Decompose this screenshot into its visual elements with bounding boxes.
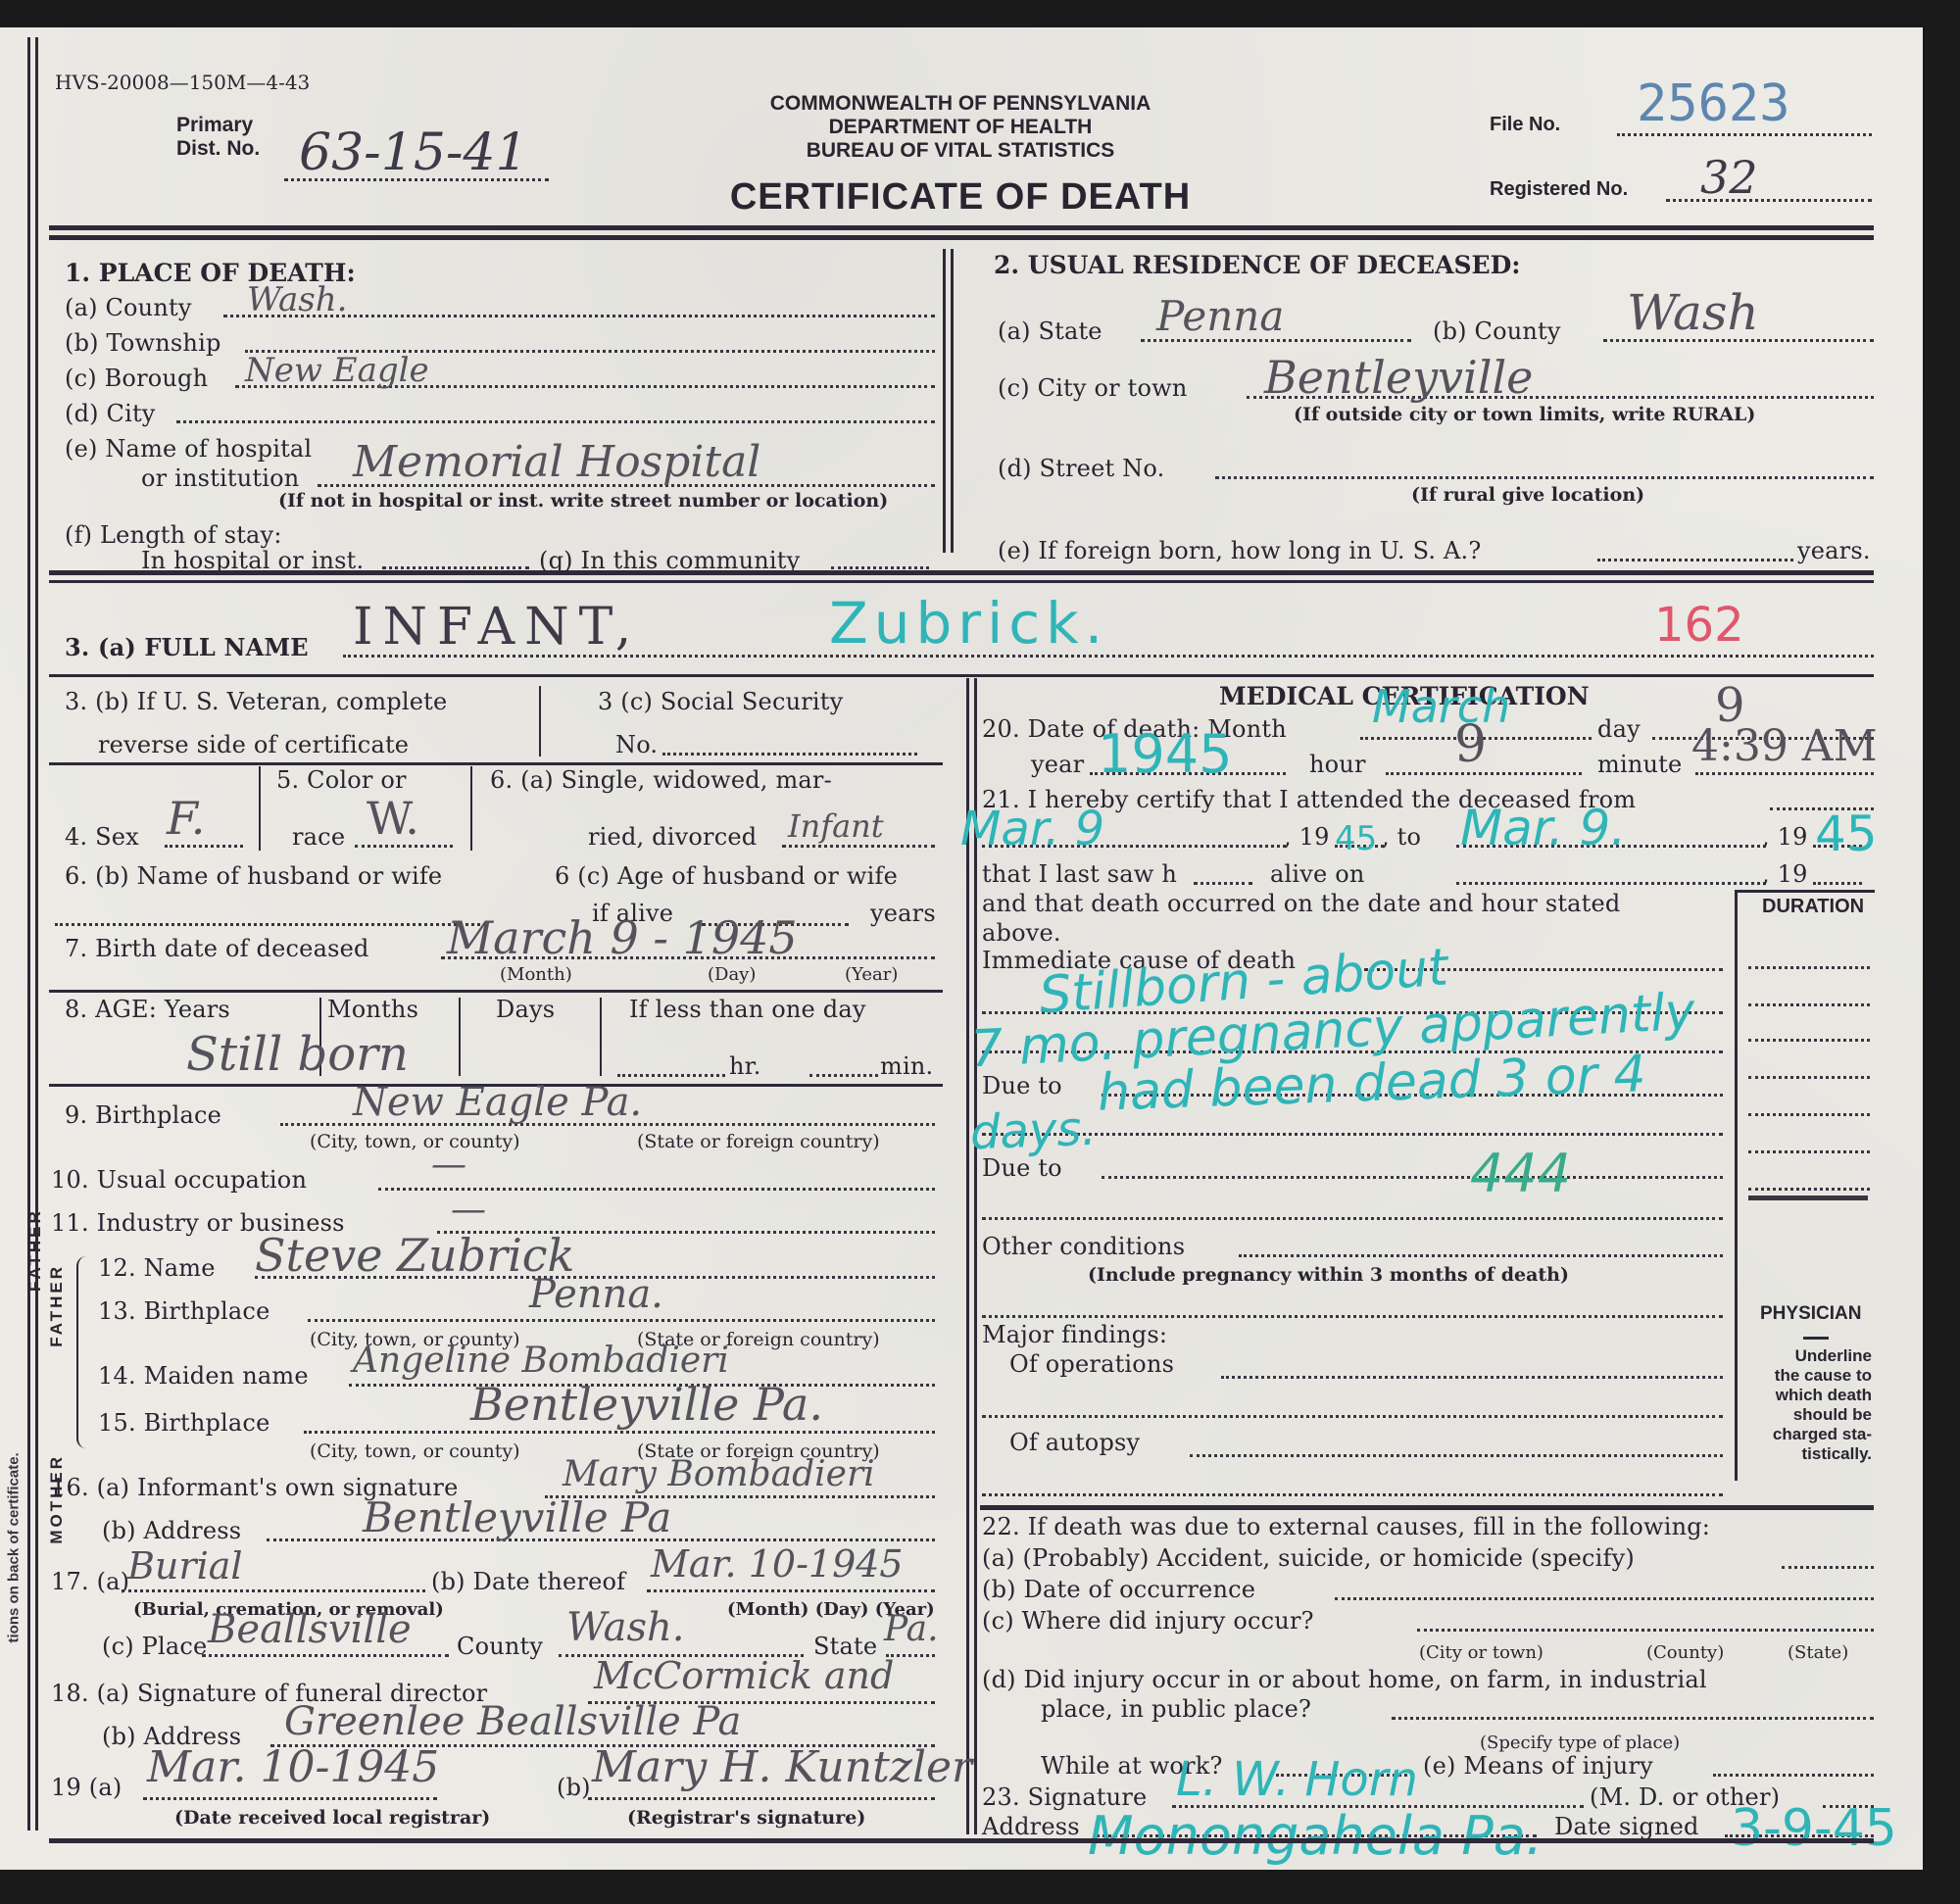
ssn-field[interactable]	[662, 753, 917, 756]
marital-value: Infant	[788, 807, 884, 845]
physician-signature-value: L. W. Horn	[1176, 1752, 1418, 1807]
margin-rule	[27, 37, 30, 1831]
mother-birthplace-field[interactable]	[304, 1431, 935, 1434]
borough-value: New Eagle	[245, 351, 429, 390]
mother-birthplace-value: Bentleyville Pa.	[470, 1378, 823, 1431]
operations-field[interactable]	[1221, 1376, 1723, 1379]
occupation-value: —	[431, 1145, 466, 1185]
death-minute-field[interactable]	[1695, 772, 1874, 775]
hospital-value: Memorial Hospital	[353, 437, 760, 487]
registrar-signature-field[interactable]	[588, 1797, 935, 1800]
means-of-injury-field[interactable]	[1713, 1774, 1874, 1777]
burial-method-field[interactable]	[122, 1589, 425, 1592]
primary-dist-value: 63-15-41	[299, 123, 528, 182]
burial-date-field[interactable]	[647, 1589, 935, 1592]
duration-heading: DURATION	[1762, 896, 1864, 918]
father-birthplace-field[interactable]	[308, 1319, 935, 1322]
age-hr-field[interactable]	[617, 1074, 725, 1077]
burial-date-value: Mar. 10-1945	[651, 1542, 904, 1586]
page-title: CERTIFICATE OF DEATH	[647, 176, 1274, 219]
death-month-value: March	[1372, 680, 1510, 733]
duration-field[interactable]	[1748, 1076, 1870, 1079]
file-no-label: File No.	[1490, 114, 1560, 136]
death-year-value: 1945	[1098, 723, 1232, 785]
injury-location-field[interactable]	[1417, 1629, 1874, 1632]
attend-to-value: Mar. 9.	[1460, 800, 1626, 856]
sex-field[interactable]	[165, 845, 243, 848]
mother-side-label: FATHER	[25, 1208, 45, 1292]
external-manner-field[interactable]	[1782, 1566, 1874, 1569]
death-certificate: tions on back of certificate. HVS-20008—…	[0, 27, 1923, 1870]
due-to-2-field[interactable]	[1102, 1176, 1723, 1179]
last-saw-pronoun-field[interactable]	[1194, 882, 1252, 885]
race-value: W.	[367, 792, 419, 845]
funeral-address-value: Greenlee Beallsville Pa	[284, 1699, 741, 1744]
last-saw-date-field[interactable]	[1456, 882, 1766, 885]
other-conditions-field[interactable]	[1239, 1254, 1723, 1257]
residence-city-value: Bentleyville	[1264, 351, 1533, 404]
date-signed-value: 3-9-45	[1731, 1799, 1897, 1858]
registrar-signature-value: Mary H. Kuntzler	[592, 1742, 972, 1792]
physician-note: Underline the cause to which death shoul…	[1748, 1346, 1872, 1464]
registered-no-value: 32	[1700, 151, 1758, 204]
duration-field[interactable]	[1748, 966, 1870, 969]
section-heading: 2. USUAL RESIDENCE OF DECEASED:	[994, 251, 1521, 279]
foreign-years-field[interactable]	[1597, 559, 1793, 561]
cause-line-field[interactable]	[982, 1217, 1723, 1220]
duration-field[interactable]	[1748, 1003, 1870, 1006]
burial-county-value: Wash.	[566, 1605, 685, 1650]
file-no-value: 25623	[1637, 74, 1790, 133]
county-value: Wash.	[247, 280, 347, 319]
physician-heading: PHYSICIAN	[1760, 1303, 1861, 1325]
birth-date-value: March 9 - 1945	[447, 911, 798, 964]
industry-value: —	[451, 1190, 486, 1230]
operations-line-field[interactable]	[982, 1415, 1723, 1418]
duration-field[interactable]	[1748, 1150, 1870, 1153]
state-value: Penna	[1156, 292, 1284, 340]
sex-value: F.	[167, 792, 205, 845]
father-name-value: Steve Zubrick	[255, 1229, 574, 1282]
physician-address-value: Monongahela Pa.	[1088, 1805, 1543, 1867]
mother-maiden-value: Angeline Bombadieri	[353, 1341, 729, 1381]
form-number: HVS-20008—150M—4-43	[55, 71, 310, 94]
registered-no-label: Registered No.	[1490, 178, 1628, 201]
burial-state-value: Pa.	[884, 1609, 939, 1649]
full-name-last: Zubrick.	[829, 590, 1108, 657]
birthplace-value: New Eagle Pa.	[353, 1080, 642, 1125]
race-field[interactable]	[355, 845, 453, 848]
full-name-first: INFANT,	[353, 598, 641, 657]
city-field[interactable]	[176, 420, 935, 423]
father-birthplace-value: Penna.	[529, 1272, 663, 1317]
primary-dist-label: Primary Dist. No.	[176, 114, 260, 161]
autopsy-line-field[interactable]	[982, 1493, 1723, 1496]
funeral-director-value: McCormick and	[594, 1654, 894, 1697]
residence-county-value: Wash	[1627, 284, 1759, 341]
registrar-date-field[interactable]	[143, 1797, 437, 1800]
cause-code: 444	[1470, 1143, 1571, 1204]
registrar-date-value: Mar. 10-1945	[147, 1742, 439, 1792]
injury-place-type-field[interactable]	[1392, 1717, 1874, 1720]
attend-year-from-value: 45	[1335, 819, 1377, 858]
informant-signature-value: Mary Bombadieri	[563, 1454, 875, 1494]
attend-year-to-value: 45	[1815, 806, 1878, 862]
agency-block: COMMONWEALTH OF PENNSYLVANIA DEPARTMENT …	[686, 92, 1235, 163]
death-hour-value: 9	[1454, 715, 1487, 774]
autopsy-field[interactable]	[1190, 1454, 1723, 1457]
father-label: FATHER	[47, 1264, 67, 1347]
margin-rule	[35, 37, 38, 1831]
marital-field[interactable]	[782, 845, 935, 848]
duration-field[interactable]	[1748, 1039, 1870, 1042]
age-min-field[interactable]	[809, 1074, 878, 1077]
informant-address-value: Bentleyville Pa	[363, 1493, 671, 1541]
other-conditions-line-field[interactable]	[982, 1315, 1723, 1318]
stay-hospital-field[interactable]	[382, 566, 529, 569]
duration-field[interactable]	[1748, 1113, 1870, 1116]
street-field[interactable]	[1215, 476, 1874, 479]
burial-place-value: Beallsville	[208, 1607, 412, 1652]
burial-method-value: Burial	[127, 1544, 243, 1587]
age-value: Still born	[186, 1027, 409, 1082]
death-minute-value: 4:39 AM	[1691, 721, 1878, 771]
duration-field[interactable]	[1748, 1188, 1870, 1191]
burial-place-field[interactable]	[202, 1654, 449, 1657]
attend-from-value: Mar. 9	[960, 802, 1104, 856]
stay-community-field[interactable]	[831, 566, 929, 569]
last-saw-year-field[interactable]	[1813, 882, 1862, 885]
cause-text-4: days.	[969, 1101, 1097, 1160]
red-annotation: 162	[1654, 598, 1744, 653]
margin-note: tions on back of certificate.	[6, 1428, 23, 1643]
occurrence-date-field[interactable]	[1335, 1597, 1874, 1600]
spouse-name-field[interactable]	[55, 923, 486, 926]
